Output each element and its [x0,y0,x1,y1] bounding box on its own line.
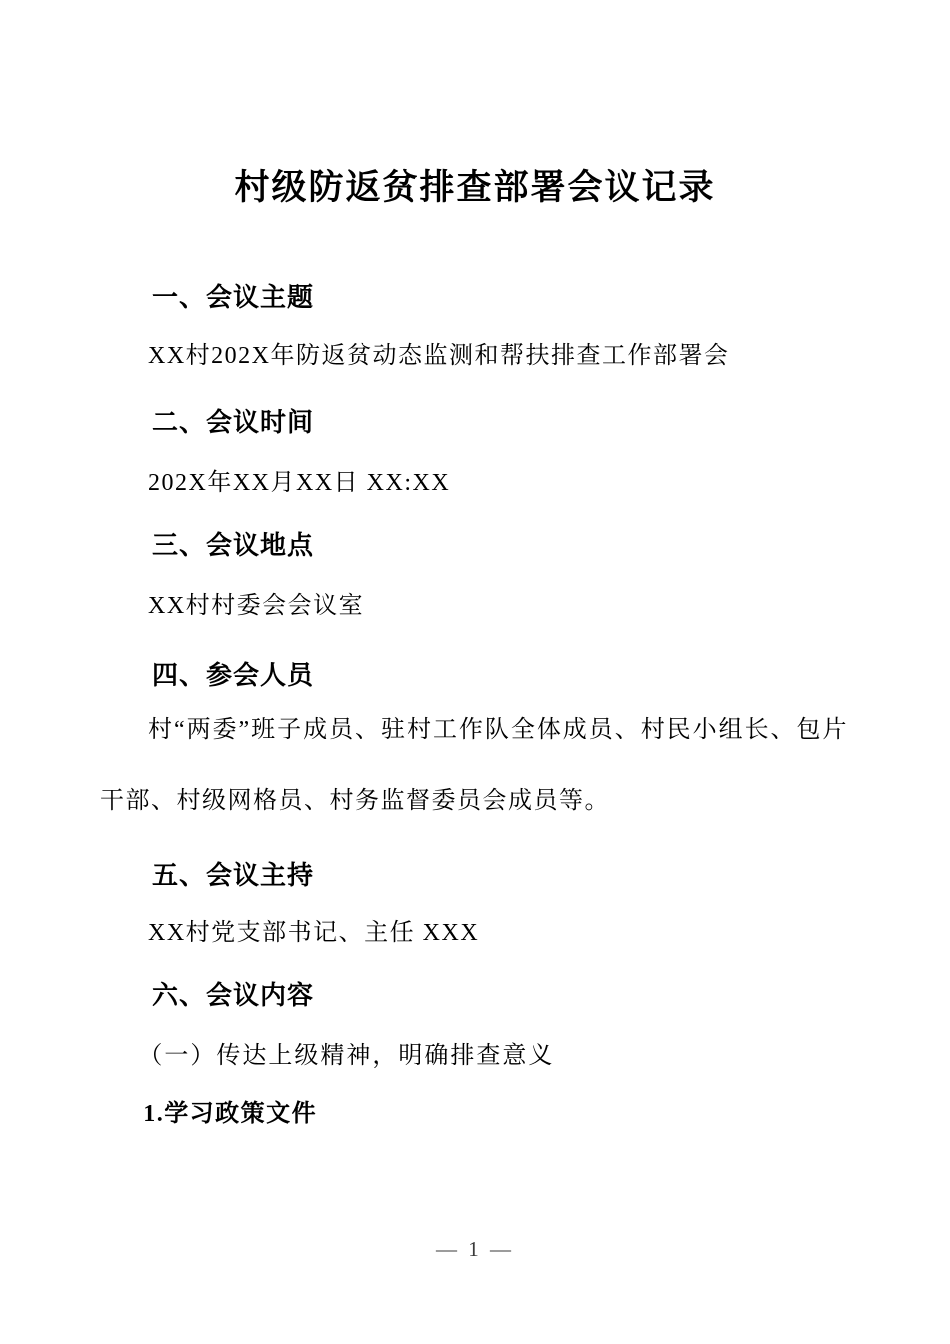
meeting-location-body: XX村村委会会议室 [100,593,848,621]
meeting-topic-heading: 一、会议主题 [100,283,848,312]
attendees-body: 村“两委”班子成员、驻村工作队全体成员、村民小组长、包片干部、村级网格员、村务监… [100,695,848,837]
content-subheading: （一）传达上级精神，明确排查意义 [100,1043,848,1071]
attendees-heading: 四、参会人员 [100,661,848,690]
page-title: 村级防返贫排查部署会议记录 [0,169,950,208]
meeting-time-heading: 二、会议时间 [100,408,848,437]
content-heading: 六、会议内容 [100,981,848,1010]
host-heading: 五、会议主持 [100,861,848,890]
host-body: XX村党支部书记、主任 XXX [100,920,848,948]
meeting-location-heading: 三、会议地点 [100,531,848,560]
content-item-1: 1.学习政策文件 [100,1101,848,1129]
page-number: — 1 — [0,1238,950,1261]
meeting-time-body: 202X年XX月XX日 XX:XX [100,470,848,498]
document-page: 村级防返贫排查部署会议记录 一、会议主题 XX村202X年防返贫动态监测和帮扶排… [0,0,950,1344]
meeting-topic-body: XX村202X年防返贫动态监测和帮扶排查工作部署会 [100,343,848,371]
